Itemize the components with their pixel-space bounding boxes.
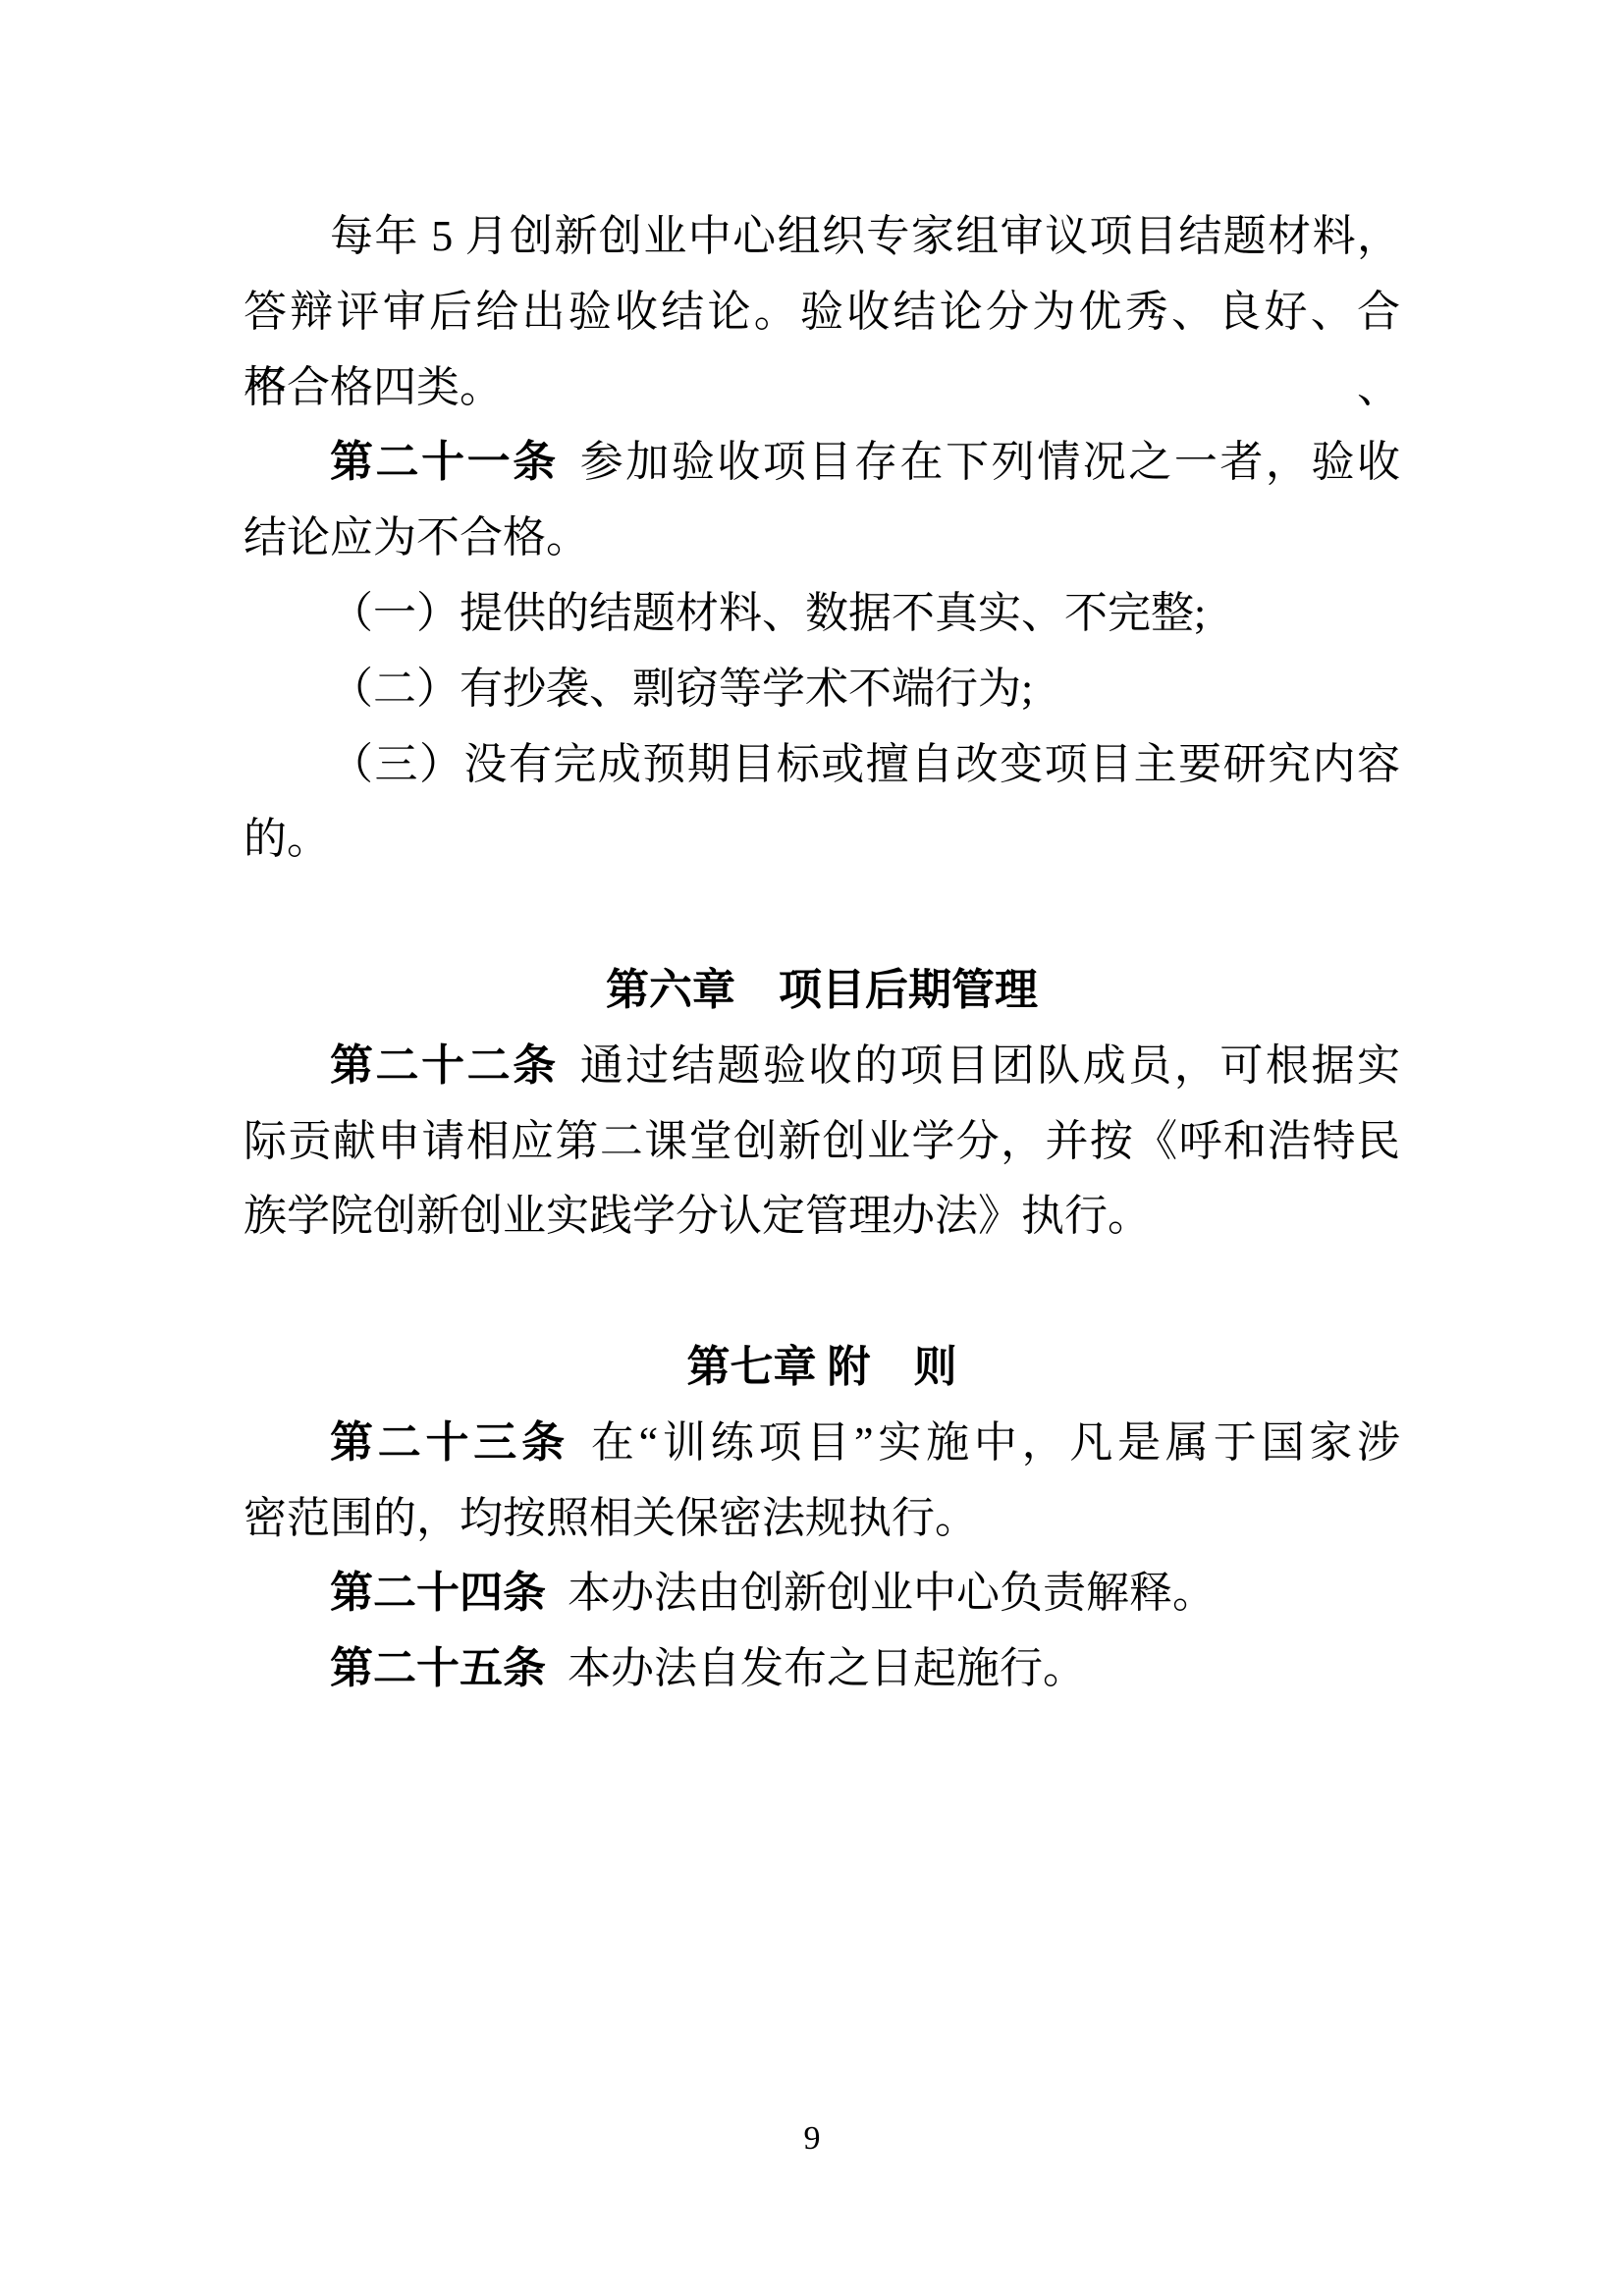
- line-text: 本办法自发布之日起施行。: [568, 1644, 1086, 1692]
- line-text: 每年 5 月创新创业中心组织专家组审议项目结题材料，: [330, 212, 1400, 260]
- paragraph-line: 密范围的，均按照相关保密法规执行。: [244, 1481, 1400, 1557]
- line-text: （一）提供的结题材料、数据不真实、不完整;: [330, 589, 1206, 637]
- line-text: 际贡献申请相应第二课堂创新创业学分，并按《呼和浩特民: [244, 1117, 1400, 1165]
- line-text: 的。: [244, 815, 330, 863]
- paragraph-line: 第二十一条参加验收项目存在下列情况之一者，验收: [244, 425, 1400, 501]
- paragraph-line: 第二十三条在“训练项目”实施中，凡是属于国家涉: [244, 1406, 1400, 1481]
- list-item-line: （一）提供的结题材料、数据不真实、不完整;: [244, 576, 1400, 652]
- paragraph-line: 第二十二条通过结题验收的项目团队成员，可根据实: [244, 1029, 1400, 1104]
- line-text: 结论应为不合格。: [244, 513, 589, 561]
- page-number: 9: [0, 2117, 1624, 2161]
- chapter-heading-7: 第七章 附 则: [244, 1330, 1400, 1406]
- paragraph-line: 第二十五条本办法自发布之日起施行。: [244, 1631, 1400, 1707]
- paragraph-line: 际贡献申请相应第二课堂创新创业学分，并按《呼和浩特民: [244, 1104, 1400, 1180]
- line-text: （二）有抄袭、剽窃等学术不端行为;: [330, 665, 1033, 713]
- paragraph-line: 族学院创新创业实践学分认定管理办法》执行。: [244, 1179, 1400, 1255]
- line-text: 在“训练项目”实施中，凡是属于国家涉: [591, 1418, 1400, 1467]
- blank-line: [244, 878, 1400, 953]
- paragraph-line: 结论应为不合格。: [244, 501, 1400, 576]
- article-number: 第二十三条: [330, 1418, 569, 1467]
- heading-text: 第六章 项目后期管理: [606, 966, 1038, 1014]
- paragraph-line: 每年 5 月创新创业中心组织专家组审议项目结题材料，: [244, 199, 1400, 275]
- article-number: 第二十二条: [330, 1041, 559, 1090]
- list-item-line: （二）有抄袭、剽窃等学术不端行为;: [244, 652, 1400, 727]
- line-text: 族学院创新创业实践学分认定管理办法》执行。: [244, 1192, 1151, 1240]
- line-text: 不合格四类。: [244, 363, 503, 411]
- line-text: 通过结题验收的项目团队成员，可根据实: [580, 1041, 1400, 1090]
- chapter-heading-6: 第六章 项目后期管理: [244, 953, 1400, 1029]
- paragraph-line: 答辩评审后给出验收结论。验收结论分为优秀、良好、合格、: [244, 275, 1400, 350]
- document-page: 每年 5 月创新创业中心组织专家组审议项目结题材料， 答辩评审后给出验收结论。验…: [0, 0, 1624, 2296]
- document-body: 每年 5 月创新创业中心组织专家组审议项目结题材料， 答辩评审后给出验收结论。验…: [244, 199, 1400, 1707]
- blank-line: [244, 1255, 1400, 1330]
- article-number: 第二十一条: [330, 438, 559, 486]
- line-text: （三）没有完成预期目标或擅自改变项目主要研究内容: [330, 740, 1400, 788]
- list-item-line: （三）没有完成预期目标或擅自改变项目主要研究内容: [244, 727, 1400, 803]
- line-text: 本办法由创新创业中心负责解释。: [568, 1569, 1216, 1617]
- line-text: 参加验收项目存在下列情况之一者，验收: [580, 438, 1400, 486]
- paragraph-line: 第二十四条本办法由创新创业中心负责解释。: [244, 1556, 1400, 1631]
- article-number: 第二十四条: [330, 1569, 546, 1617]
- line-text: 密范围的，均按照相关保密法规执行。: [244, 1494, 978, 1542]
- heading-text: 第七章 附 则: [687, 1343, 957, 1391]
- paragraph-line: 的。: [244, 802, 1400, 878]
- article-number: 第二十五条: [330, 1644, 546, 1692]
